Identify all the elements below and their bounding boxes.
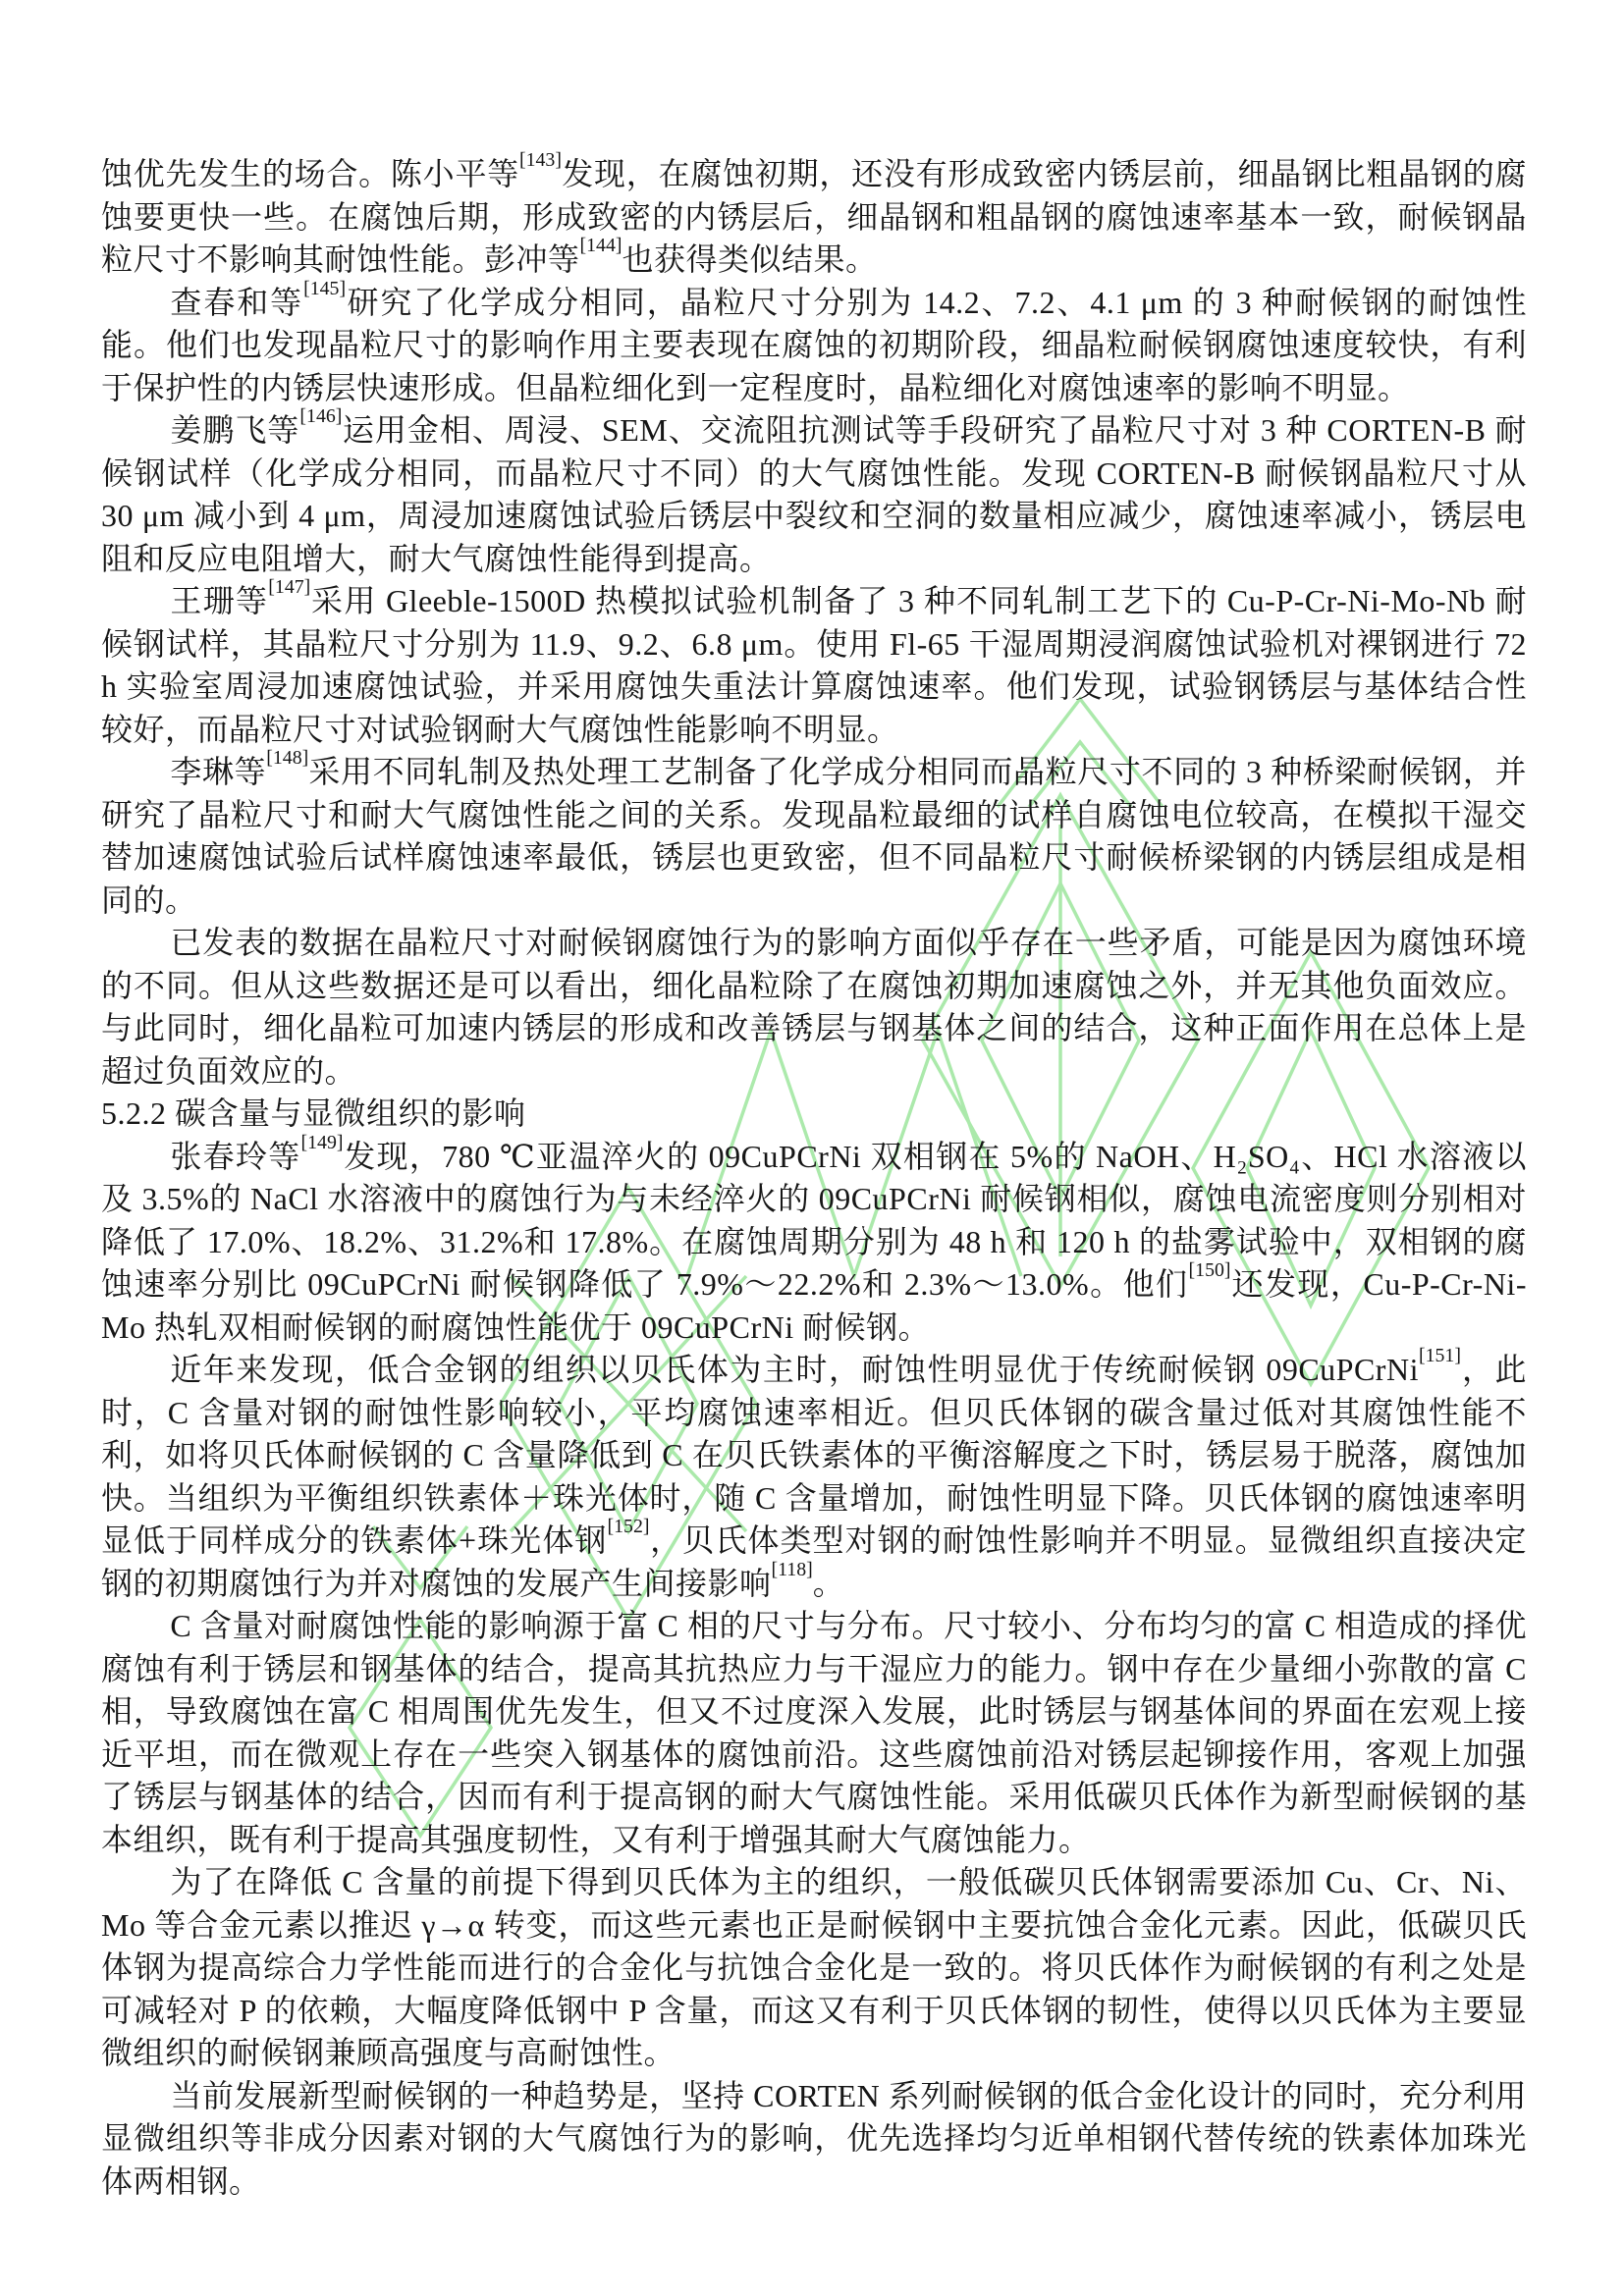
- citation-ref: [147]: [268, 576, 310, 598]
- citation-ref: [151]: [1419, 1345, 1461, 1366]
- paragraph: 近年来发现，低合金钢的组织以贝氏体为主时，耐蚀性明显优于传统耐候钢 09CuPC…: [101, 1349, 1527, 1605]
- citation-ref: [152]: [608, 1516, 650, 1537]
- citation-ref: [146]: [299, 405, 342, 427]
- citation-ref: [145]: [303, 278, 346, 299]
- paragraph: 姜鹏飞等[146]运用金相、周浸、SEM、交流阻抗测试等手段研究了晶粒尺寸对 3…: [101, 409, 1527, 580]
- paragraph: 为了在降低 C 含量的前提下得到贝氏体为主的组织，一般低碳贝氏体钢需要添加 Cu…: [101, 1861, 1527, 2075]
- citation-ref: [148]: [266, 747, 308, 769]
- paragraph: 蚀优先发生的场合。陈小平等[143]发现，在腐蚀初期，还没有形成致密内锈层前，细…: [101, 153, 1527, 282]
- text-column: 蚀优先发生的场合。陈小平等[143]发现，在腐蚀初期，还没有形成致密内锈层前，细…: [101, 153, 1527, 2203]
- paragraph: 已发表的数据在晶粒尺寸对耐候钢腐蚀行为的影响方面似乎存在一些矛盾，可能是因为腐蚀…: [101, 922, 1527, 1093]
- paragraph: 当前发展新型耐候钢的一种趋势是，坚持 CORTEN 系列耐候钢的低合金化设计的同…: [101, 2075, 1527, 2204]
- paragraph: 王珊等[147]采用 Gleeble-1500D 热模拟试验机制备了 3 种不同…: [101, 580, 1527, 751]
- citation-ref: [118]: [772, 1559, 813, 1580]
- citation-ref: [150]: [1189, 1259, 1231, 1281]
- citation-ref: [149]: [301, 1132, 344, 1153]
- paragraph: 李琳等[148]采用不同轧制及热处理工艺制备了化学成分相同而晶粒尺寸不同的 3 …: [101, 751, 1527, 922]
- paragraph: 查春和等[145]研究了化学成分相同，晶粒尺寸分别为 14.2、7.2、4.1 …: [101, 282, 1527, 410]
- paragraph: C 含量对耐腐蚀性能的影响源于富 C 相的尺寸与分布。尺寸较小、分布均匀的富 C…: [101, 1605, 1527, 1861]
- paragraph: 张春玲等[149]发现，780 ℃亚温淬火的 09CuPCrNi 双相钢在 5%…: [101, 1136, 1527, 1350]
- document-page: 蚀优先发生的场合。陈小平等[143]发现，在腐蚀初期，还没有形成致密内锈层前，细…: [0, 0, 1624, 2296]
- citation-ref: [143]: [519, 149, 562, 171]
- section-heading: 5.2.2 碳含量与显微组织的影响: [101, 1093, 1527, 1136]
- citation-ref: [144]: [580, 235, 623, 256]
